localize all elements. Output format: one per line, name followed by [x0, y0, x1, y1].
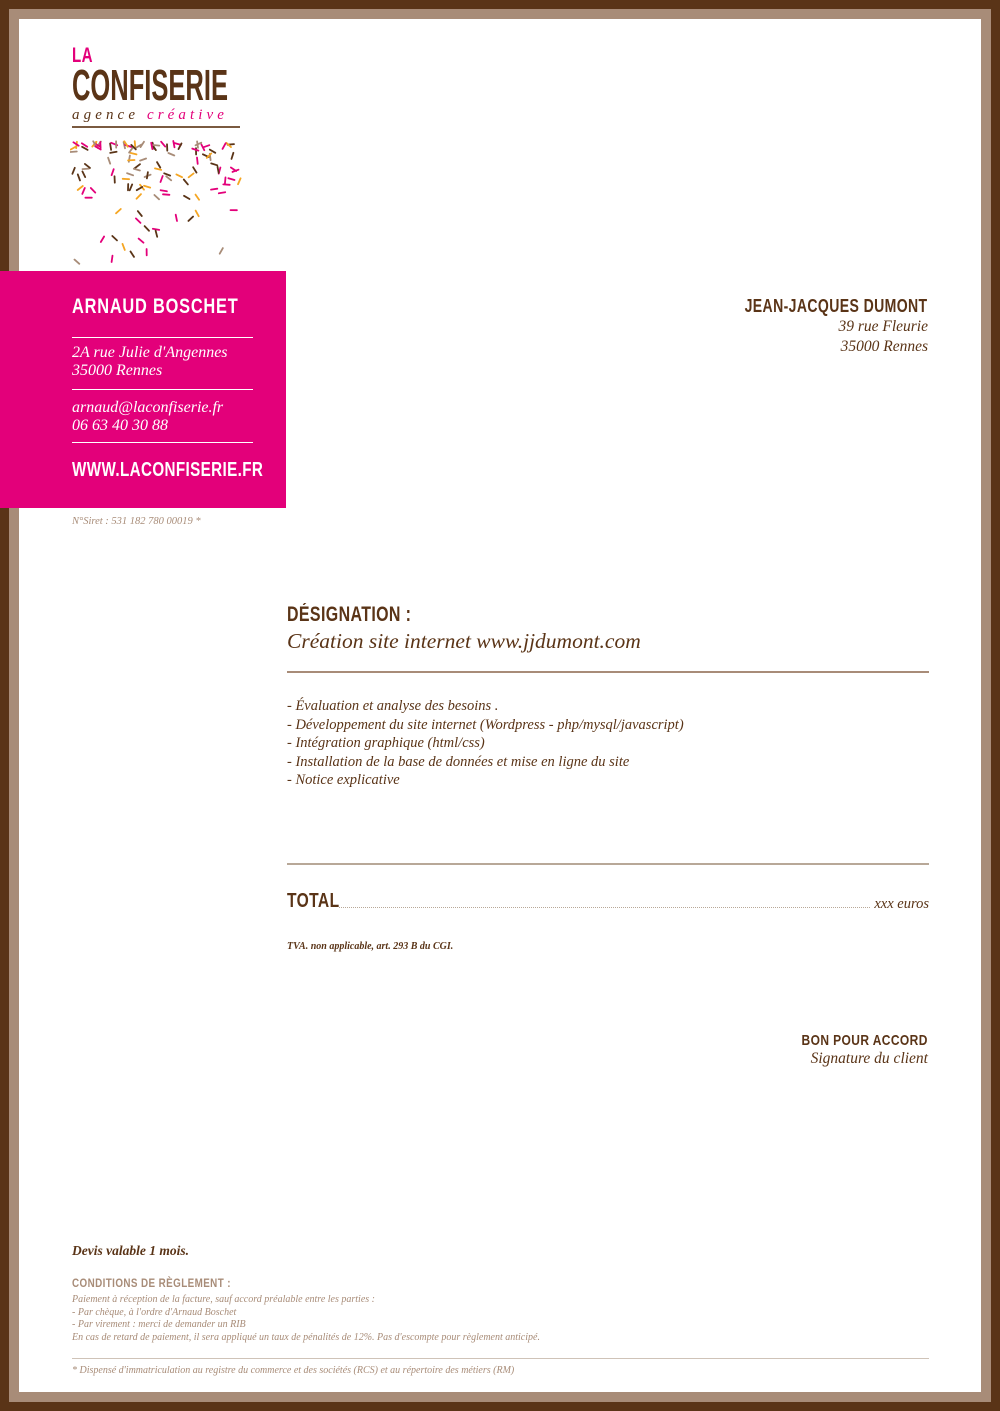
designation-title: Création site internet www.jjdumont.com	[287, 629, 929, 654]
card-divider	[72, 389, 253, 390]
signature-block: BON POUR ACCORD Signature du client	[770, 1032, 928, 1068]
total-row: TOTAL xxx euros	[287, 889, 929, 913]
vat-note: TVA. non applicable, art. 293 B du CGI.	[287, 941, 453, 952]
designation-section: DÉSIGNATION : Création site internet www…	[287, 603, 929, 673]
task-item: - Développement du site internet (Wordpr…	[287, 716, 684, 735]
logo: LA CONFISERIE agence créative	[72, 46, 242, 128]
payment-conditions-title: CONDITIONS DE RÈGLEMENT :	[72, 1276, 231, 1290]
logo-name: CONFISERIE	[72, 66, 171, 106]
task-item: - Installation de la base de données et …	[287, 753, 684, 772]
siret-number: N°Siret : 531 182 780 00019 *	[72, 516, 201, 527]
recipient-name: JEAN-JACQUES DUMONT	[745, 296, 928, 317]
sender-email[interactable]: arnaud@laconfiserie.fr	[72, 399, 223, 417]
task-list: - Évaluation et analyse des besoins . - …	[287, 697, 684, 790]
designation-divider	[287, 671, 929, 673]
sprinkles-decoration-icon	[70, 140, 245, 265]
total-label: TOTAL	[287, 890, 335, 913]
approval-label: BON POUR ACCORD	[802, 1032, 928, 1049]
sender-website[interactable]: WWW.LACONFISERIE.FR	[72, 459, 263, 482]
sender-address-line1: 2A rue Julie d'Angennes	[72, 344, 228, 362]
card-divider	[72, 337, 253, 338]
total-divider	[287, 863, 929, 865]
sender-name: ARNAUD BOSCHET	[72, 295, 239, 319]
sender-phone: 06 63 40 30 88	[72, 417, 223, 435]
recipient-block: JEAN-JACQUES DUMONT 39 rue Fleurie 35000…	[693, 296, 928, 357]
task-item: - Évaluation et analyse des besoins .	[287, 697, 684, 716]
condition-line: - Par virement : merci de demander un RI…	[72, 1319, 540, 1332]
footer-note: * Dispensé d'immatriculation au registre…	[72, 1365, 514, 1376]
quote-validity: Devis valable 1 mois.	[72, 1243, 189, 1259]
payment-conditions: Paiement à réception de la facture, sauf…	[72, 1294, 540, 1344]
sender-contact: arnaud@laconfiserie.fr 06 63 40 30 88	[72, 399, 223, 435]
card-divider	[72, 442, 253, 443]
condition-line: En cas de retard de paiement, il sera ap…	[72, 1332, 540, 1345]
sender-address: 2A rue Julie d'Angennes 35000 Rennes	[72, 344, 228, 380]
condition-line: - Par chèque, à l'ordre d'Arnaud Boschet	[72, 1307, 540, 1320]
task-item: - Intégration graphique (html/css)	[287, 734, 684, 753]
sender-address-line2: 35000 Rennes	[72, 362, 228, 380]
logo-rule	[72, 126, 240, 128]
signature-label: Signature du client	[770, 1050, 928, 1068]
condition-line: Paiement à réception de la facture, sauf…	[72, 1294, 540, 1307]
recipient-address-line2: 35000 Rennes	[693, 337, 928, 357]
dotted-leader	[339, 907, 870, 908]
sender-card: ARNAUD BOSCHET 2A rue Julie d'Angennes 3…	[0, 271, 286, 508]
recipient-address-line1: 39 rue Fleurie	[693, 317, 928, 337]
total-amount: xxx euros	[874, 896, 929, 913]
task-item: - Notice explicative	[287, 771, 684, 790]
designation-label: DÉSIGNATION :	[287, 603, 775, 627]
footer-divider	[72, 1358, 929, 1359]
